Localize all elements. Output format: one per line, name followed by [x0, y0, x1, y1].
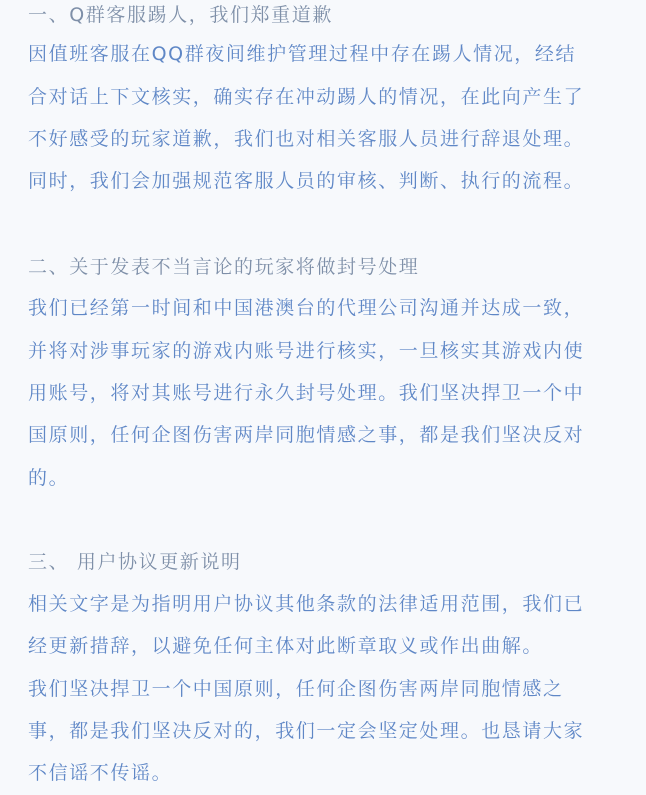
section-2-line: 的。 — [28, 466, 69, 490]
section-1-line: 因值班客服在QQ群夜间维护管理过程中存在踢人情况，经结 — [28, 42, 576, 66]
section-1-line: 同时，我们会加强规范客服人员的审核、判断、执行的流程。 — [28, 169, 584, 193]
section-2-line: 并将对涉事玩家的游戏内账号进行核实，一旦核实其游戏内使 — [28, 339, 584, 363]
section-3-line: 不信谣不传谣。 — [28, 761, 172, 785]
section-3-line: 事，都是我们坚决反对的，我们一定会坚定处理。也恳请大家 — [28, 719, 584, 743]
section-3-line: 我们坚决捍卫一个中国原则，任何企图伤害两岸同胞情感之 — [28, 677, 564, 701]
section-1-heading: 一、Q群客服踢人，我们郑重道歉 — [28, 3, 333, 27]
section-1-line: 合对话上下文核实，确实存在冲动踢人的情况，在此向产生了 — [28, 85, 584, 109]
section-3-line: 相关文字是为指明用户协议其他条款的法律适用范围，我们已 — [28, 592, 584, 616]
section-3-heading: 三、 用户协议更新说明 — [28, 550, 242, 574]
section-3-line: 经更新措辞，以避免任何主体对此断章取义或作出曲解。 — [28, 634, 543, 658]
section-2-line: 我们已经第一时间和中国港澳台的代理公司沟通并达成一致， — [28, 296, 584, 320]
section-2-heading: 二、关于发表不当言论的玩家将做封号处理 — [28, 255, 419, 279]
section-2-line: 国原则，任何企图伤害两岸同胞情感之事，都是我们坚决反对 — [28, 423, 584, 447]
section-1-line: 不好感受的玩家道歉，我们也对相关客服人员进行辞退处理。 — [28, 127, 584, 151]
section-2-line: 用账号，将对其账号进行永久封号处理。我们坚决捍卫一个中 — [28, 381, 584, 405]
